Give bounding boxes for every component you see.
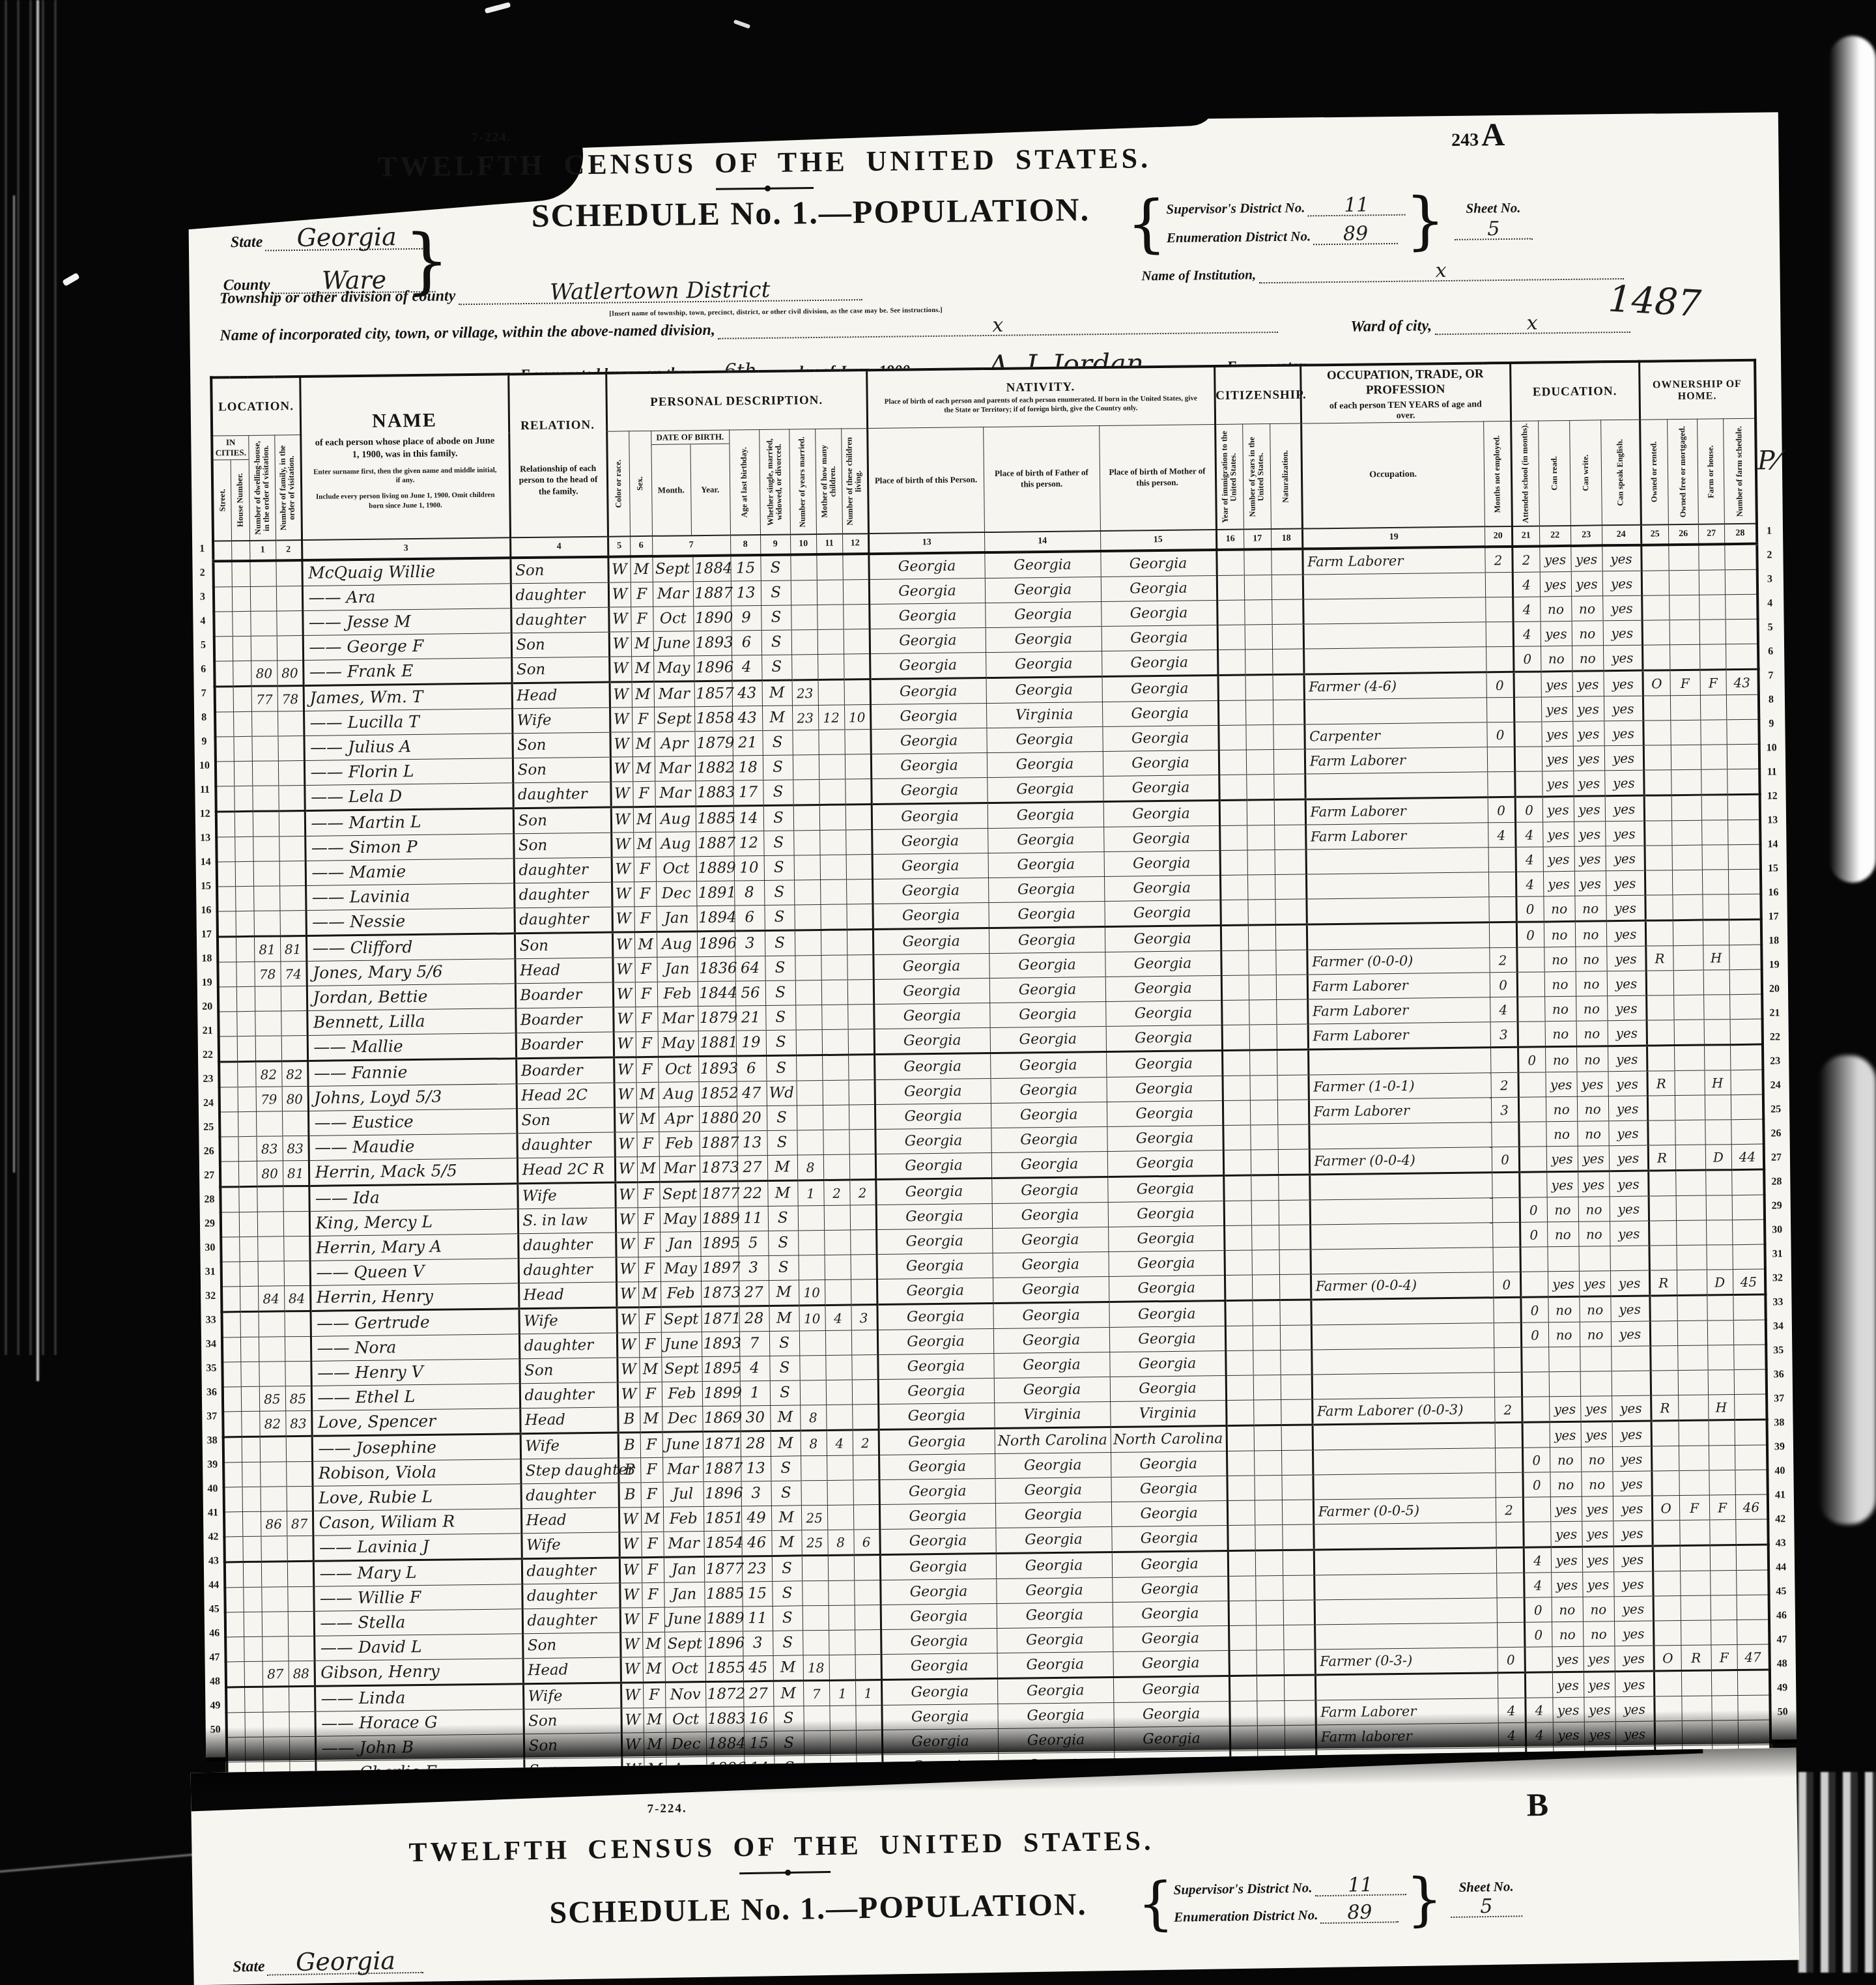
cell-nat (1277, 1124, 1309, 1150)
cell-yu (1245, 700, 1273, 725)
cell-age: 30 (740, 1406, 770, 1432)
cell-d (257, 1186, 283, 1212)
cell-ym (803, 1606, 829, 1631)
cell-pm: Georgia (1104, 851, 1220, 877)
col-years-married-label: Number of years married. (798, 436, 808, 527)
cell-wr: no (1580, 1322, 1611, 1347)
row-number: 30 (201, 1236, 218, 1260)
row-number: 18 (198, 947, 215, 971)
cell-age: 21 (732, 731, 762, 756)
cell-yu (1247, 875, 1275, 900)
cell-cl (844, 679, 870, 705)
cell-cl (845, 779, 871, 805)
cell-im (1223, 1175, 1251, 1201)
cell-f (283, 1212, 309, 1236)
cell-st (221, 1212, 239, 1237)
cell-pb: Georgia (877, 1304, 993, 1330)
cell-or (1651, 1371, 1678, 1395)
cell-age: 45 (743, 1656, 773, 1682)
cell-d: 87 (263, 1661, 289, 1687)
cell-fs (1726, 619, 1758, 644)
cell-sex: F (636, 1057, 658, 1083)
cell-f (277, 711, 304, 736)
cell-mn: 2 (1494, 1397, 1522, 1423)
cell-fh (1702, 845, 1728, 870)
cell-cl: 6 (853, 1530, 879, 1555)
cell-fm (1671, 795, 1701, 821)
cell-mar: S (769, 1255, 799, 1281)
cell-name: King, Mercy L (309, 1209, 518, 1236)
cell-d (252, 786, 278, 811)
cell-st (223, 1412, 241, 1437)
row-number: 21 (199, 1019, 216, 1043)
cell-st (224, 1537, 242, 1562)
row-number: 5 (1762, 615, 1779, 639)
cell-d: 85 (259, 1386, 285, 1411)
cell-fm (1675, 1120, 1705, 1145)
cell-wr: no (1583, 1597, 1614, 1622)
cell-sch (1518, 1021, 1545, 1047)
cell-fm (1678, 1395, 1708, 1421)
cell-mn: 0 (1486, 672, 1514, 698)
cell-bm: June (653, 631, 694, 657)
col-group-ownership: OWNERSHIP OF HOME. (1639, 360, 1755, 420)
cell-name: Jones, Mary 5/6 (306, 959, 515, 986)
cell-st (220, 1187, 238, 1212)
cell-en: yes (1610, 1221, 1649, 1246)
cell-name: —— Mallie (307, 1033, 516, 1061)
cell-mn (1485, 573, 1513, 597)
cell-name: Bennett, Lilla (307, 1008, 515, 1036)
cell-fm (1670, 644, 1699, 670)
cell-age: 7 (739, 1332, 769, 1357)
cell-yu (1247, 850, 1275, 875)
cell-age: 43 (732, 681, 762, 707)
cell-nat (1273, 700, 1304, 725)
cell-yu (1252, 1275, 1279, 1300)
cell-name: —— Lavinia J (313, 1534, 521, 1562)
cell-occ (1306, 848, 1488, 874)
cell-fs (1732, 1220, 1765, 1245)
cell-en: yes (1612, 1446, 1651, 1472)
row-number: 39 (1771, 1435, 1788, 1459)
cell-pb: Georgia (877, 1354, 993, 1380)
cell-pf: Georgia (993, 1302, 1109, 1329)
cell-st (223, 1437, 242, 1463)
cell-age: 16 (743, 1707, 773, 1732)
enumeration-value-b: 89 (1347, 1900, 1372, 1924)
cell-sch (1520, 1272, 1548, 1297)
cell-race: W (613, 982, 635, 1007)
cell-rd: no (1544, 972, 1576, 997)
cell-rel: Boarder (515, 1007, 613, 1033)
col-dwelling-label: Number of dwelling-house, in the order o… (253, 437, 271, 538)
cell-or (1653, 1546, 1680, 1571)
cell-en: yes (1615, 1646, 1654, 1672)
cell-pb: Georgia (868, 552, 984, 580)
cell-pf: Georgia (988, 827, 1103, 853)
cell-cl: 10 (844, 705, 870, 730)
col-children-living: Number of these children living. (841, 429, 868, 534)
cell-age: 18 (733, 756, 763, 781)
cell-st (219, 1062, 237, 1087)
cell-pf: Georgia (988, 802, 1103, 829)
cell-pb: Georgia (869, 578, 985, 605)
cell-by: 1844 (698, 981, 735, 1007)
cell-pf: Georgia (995, 1527, 1111, 1554)
cell-hn (233, 687, 251, 712)
cell-mn (1486, 647, 1513, 672)
cell-yu (1251, 1201, 1279, 1225)
cell-rd: yes (1542, 771, 1573, 797)
cell-im (1223, 1076, 1250, 1100)
cell-or (1646, 995, 1673, 1020)
cell-ym (790, 554, 816, 580)
cell-f: 74 (280, 962, 306, 986)
cell-occ (1303, 622, 1486, 649)
cell-cl (846, 855, 872, 879)
cell-age: 13 (737, 1131, 767, 1156)
cell-en: yes (1608, 1121, 1647, 1146)
cell-rel: Head (512, 682, 610, 709)
cell-f (284, 1261, 310, 1286)
cell-by: 1894 (696, 906, 734, 932)
dob-label: DATE OF BIRTH. (651, 431, 729, 445)
cell-mc (817, 580, 843, 605)
cell-ym (793, 755, 819, 780)
cell-age: 43 (732, 706, 762, 732)
cell-en (1610, 1246, 1649, 1271)
cell-d (257, 1212, 283, 1236)
cell-mc (817, 605, 843, 629)
cell-mar: S (765, 930, 795, 956)
cell-bm: Apr (654, 732, 694, 757)
cell-mn: 0 (1492, 1147, 1519, 1173)
row-number: 41 (1772, 1483, 1789, 1507)
cell-rel: Son (515, 932, 612, 959)
cell-rd: no (1550, 1447, 1581, 1472)
cell-fm (1674, 1020, 1704, 1046)
cell-mc (823, 1080, 849, 1105)
cell-d (262, 1636, 288, 1661)
cell-rd: yes (1542, 797, 1574, 823)
cell-cl (844, 629, 870, 654)
cell-pf: Georgia (995, 1502, 1111, 1528)
cell-bm: Feb (661, 1281, 701, 1307)
cell-nat (1277, 1100, 1309, 1125)
cell-yu (1255, 1500, 1282, 1525)
cell-name: —— David L (314, 1634, 522, 1661)
cell-im (1225, 1250, 1252, 1275)
cell-mc (822, 1029, 848, 1055)
cell-d (258, 1311, 284, 1337)
cell-bm: June (662, 1432, 703, 1458)
cell-bm: May (660, 1207, 700, 1233)
cell-mar: S (771, 1481, 801, 1506)
cell-age: 21 (735, 1006, 765, 1031)
cell-sch: 4 (1515, 822, 1542, 847)
cell-d (251, 636, 277, 661)
cell-rel: Head (520, 1407, 618, 1434)
cell-by: 1884 (692, 556, 730, 582)
row-number: 15 (1765, 856, 1782, 880)
cell-yu (1253, 1350, 1280, 1375)
col-can-write: Can write. (1569, 420, 1602, 526)
enumeration-value: 89 (1343, 222, 1369, 245)
cell-yu (1255, 1550, 1283, 1576)
cell-rel: daughter (511, 607, 608, 633)
cell-en: yes (1612, 1421, 1651, 1447)
cell-age: 3 (743, 1631, 773, 1657)
cell-mc (818, 730, 844, 754)
cell-en (1611, 1346, 1650, 1371)
cell-sex: F (634, 958, 657, 982)
cell-by: 1893 (694, 631, 732, 656)
cell-cl (855, 1655, 881, 1680)
cell-d: 80 (251, 661, 277, 686)
cell-st (214, 612, 232, 636)
cell-im (1229, 1676, 1257, 1701)
cell-fh (1703, 995, 1729, 1020)
cell-im (1223, 1100, 1250, 1125)
cell-wr: yes (1584, 1672, 1615, 1698)
cell-fs (1734, 1369, 1767, 1395)
cell-mn: 4 (1490, 997, 1517, 1022)
row-number: 38 (1770, 1410, 1787, 1435)
cell-sch (1514, 697, 1541, 722)
row-number: 26 (200, 1139, 217, 1164)
cell-fh (1707, 1295, 1733, 1321)
cell-or (1642, 620, 1670, 645)
cell-or (1643, 696, 1670, 721)
cell-d (259, 1337, 285, 1362)
cell-d: 82 (259, 1411, 285, 1436)
cell-rel: daughter (522, 1558, 619, 1584)
cell-f: 80 (282, 1087, 308, 1111)
cell-st (215, 712, 233, 737)
cell-hn (239, 1212, 257, 1237)
cell-mar: S (765, 980, 795, 1006)
cell-wr: yes (1572, 721, 1604, 747)
cell-by: 1869 (702, 1406, 740, 1432)
row-number: 9 (195, 730, 212, 754)
cell-rel: daughter (522, 1583, 619, 1609)
cell-or (1648, 1171, 1675, 1196)
cell-fs (1731, 1094, 1763, 1120)
row-number: 31 (1769, 1242, 1785, 1266)
row-number: 48 (1774, 1651, 1791, 1676)
cell-or: R (1651, 1395, 1678, 1421)
cell-mc (820, 879, 846, 904)
cell-name: —— Simon P (305, 834, 513, 861)
row-number: 8 (1763, 687, 1780, 711)
row-number: 5 (195, 633, 212, 657)
cell-occ (1312, 1373, 1494, 1399)
cell-f: 87 (287, 1511, 313, 1536)
cell-nat (1285, 1725, 1316, 1750)
cell-st (226, 1713, 244, 1737)
cell-en: yes (1608, 1020, 1647, 1046)
cell-mc (819, 805, 846, 830)
cell-pf: Georgia (989, 927, 1105, 954)
cell-sch: 4 (1526, 1722, 1553, 1747)
cell-fs (1732, 1195, 1765, 1220)
cell-pm: Georgia (1104, 900, 1220, 927)
row-number: 11 (196, 778, 213, 802)
cell-sex: F (634, 882, 656, 907)
cell-fh (1711, 1696, 1737, 1721)
row-number: 2 (1761, 543, 1778, 567)
cell-d (260, 1436, 286, 1462)
cell-rd: yes (1546, 1072, 1577, 1098)
cell-age: 14 (733, 806, 763, 832)
cell-fh (1705, 1120, 1731, 1145)
cell-cl (854, 1580, 880, 1605)
cell-st (218, 962, 236, 987)
col-pob-mother: Place of birth of Mother of this person. (1099, 425, 1216, 532)
cell-wr: no (1583, 1621, 1614, 1647)
cell-pm: Georgia (1104, 876, 1220, 902)
cell-name: —— Maudie (308, 1134, 517, 1161)
cell-nat (1284, 1675, 1315, 1701)
cell-fh (1704, 1045, 1730, 1070)
cell-age: 4 (739, 1356, 769, 1382)
cell-pm: Georgia (1101, 576, 1217, 602)
cell-by: 1896 (694, 655, 732, 681)
cell-or (1655, 1721, 1682, 1746)
cell-hn (238, 1137, 256, 1162)
row-number: 2 (193, 561, 210, 585)
cell-fs: 47 (1737, 1644, 1770, 1670)
cell-fh (1705, 1095, 1731, 1120)
cell-pf: Georgia (998, 1728, 1114, 1754)
cell-bm: Oct (653, 607, 693, 632)
state-label-b: State (233, 1958, 265, 1973)
cell-fs (1737, 1695, 1770, 1721)
cell-im (1220, 850, 1247, 875)
cell-sex: M (632, 732, 654, 757)
cell-sch (1514, 672, 1541, 697)
cell-f (287, 1587, 313, 1612)
cell-rel: daughter (521, 1483, 619, 1509)
cell-occ: Farmer (1-0-1) (1309, 1073, 1491, 1100)
cell-age: 6 (734, 906, 764, 932)
cell-im (1220, 900, 1247, 925)
cell-en: yes (1607, 995, 1646, 1021)
cell-name: Gibson, Henry (315, 1659, 523, 1687)
cell-f (277, 736, 304, 761)
cell-wr: yes (1582, 1496, 1613, 1522)
cell-sch: 4 (1513, 621, 1541, 646)
cell-rd: yes (1543, 847, 1574, 872)
row-number: 34 (203, 1332, 220, 1356)
cell-mn: 0 (1488, 797, 1515, 823)
cell-rel: Wife (517, 1182, 615, 1209)
cell-fh (1709, 1446, 1735, 1470)
row-number: 32 (202, 1284, 219, 1308)
cell-pb: Georgia (870, 704, 986, 730)
cell-fs (1730, 1044, 1763, 1070)
cell-pf: Georgia (985, 602, 1101, 628)
cell-mn: 2 (1489, 948, 1516, 973)
cell-or (1641, 545, 1668, 571)
cell-fm (1672, 870, 1702, 895)
cell-sex: F (640, 1382, 662, 1407)
cell-bm: Aug (659, 1082, 699, 1107)
cell-name: —— Mary L (313, 1559, 522, 1587)
cell-pm: Georgia (1103, 775, 1219, 802)
cell-nat (1274, 799, 1305, 825)
cell-st (214, 661, 233, 687)
cell-nat (1272, 575, 1303, 600)
cell-nat (1276, 999, 1307, 1025)
cell-occ (1308, 1048, 1490, 1075)
cell-sex: F (635, 982, 657, 1007)
cell-yu (1251, 1150, 1278, 1175)
cell-bm: Mar (663, 1532, 703, 1558)
cell-race: W (616, 1282, 638, 1307)
cell-mar: M (771, 1530, 801, 1556)
cell-occ (1310, 1198, 1492, 1225)
cell-nat (1282, 1500, 1313, 1525)
cell-occ (1313, 1522, 1496, 1550)
cell-ym (791, 655, 817, 680)
cell-or: R (1648, 1145, 1675, 1171)
col-school: Attended school (in months). (1511, 421, 1539, 526)
cell-mc (827, 1480, 853, 1505)
row-number: 20 (199, 995, 216, 1019)
supervisor-field-b: 11 (1315, 1877, 1406, 1896)
cell-pf: Georgia (989, 1002, 1105, 1028)
cell-hn (234, 837, 253, 862)
cell-mn (1491, 1122, 1518, 1147)
title-divider (716, 187, 814, 190)
cell-wr: yes (1584, 1722, 1615, 1747)
cell-mar: S (774, 1731, 804, 1756)
cell-cl (856, 1730, 882, 1755)
cell-or (1647, 1020, 1674, 1046)
col-house-number: House Number. (236, 473, 245, 527)
cell-or (1645, 895, 1672, 921)
cell-occ (1311, 1298, 1493, 1325)
cell-pm: Georgia (1106, 1025, 1222, 1052)
cell-hn (244, 1712, 263, 1737)
cell-hn (235, 862, 253, 887)
cell-age: 15 (744, 1732, 774, 1757)
cell-en: yes (1613, 1546, 1653, 1572)
cell-en (1612, 1371, 1651, 1396)
cell-fh (1706, 1195, 1732, 1220)
cell-nat (1279, 1225, 1310, 1250)
cell-occ (1306, 872, 1488, 899)
cell-rd: yes (1541, 697, 1572, 722)
cell-hn (244, 1612, 262, 1636)
cell-fm (1681, 1670, 1711, 1696)
cell-pb: Georgia (874, 1053, 990, 1080)
cell-sch: 0 (1524, 1622, 1552, 1647)
cell-occ: Farmer (0-3-) (1315, 1648, 1498, 1675)
cell-pf: North Carolina (995, 1427, 1111, 1454)
col-farm-schedule: Number of farm schedule. (1723, 418, 1757, 524)
cell-by: 1858 (694, 706, 732, 732)
cell-f (276, 560, 302, 586)
cell-fs (1731, 1169, 1764, 1195)
cell-sex: M (630, 556, 652, 582)
cell-pb: Georgia (881, 1704, 997, 1730)
cell-wr: yes (1572, 671, 1604, 697)
cell-race: W (611, 807, 633, 833)
cell-fm (1682, 1721, 1712, 1746)
